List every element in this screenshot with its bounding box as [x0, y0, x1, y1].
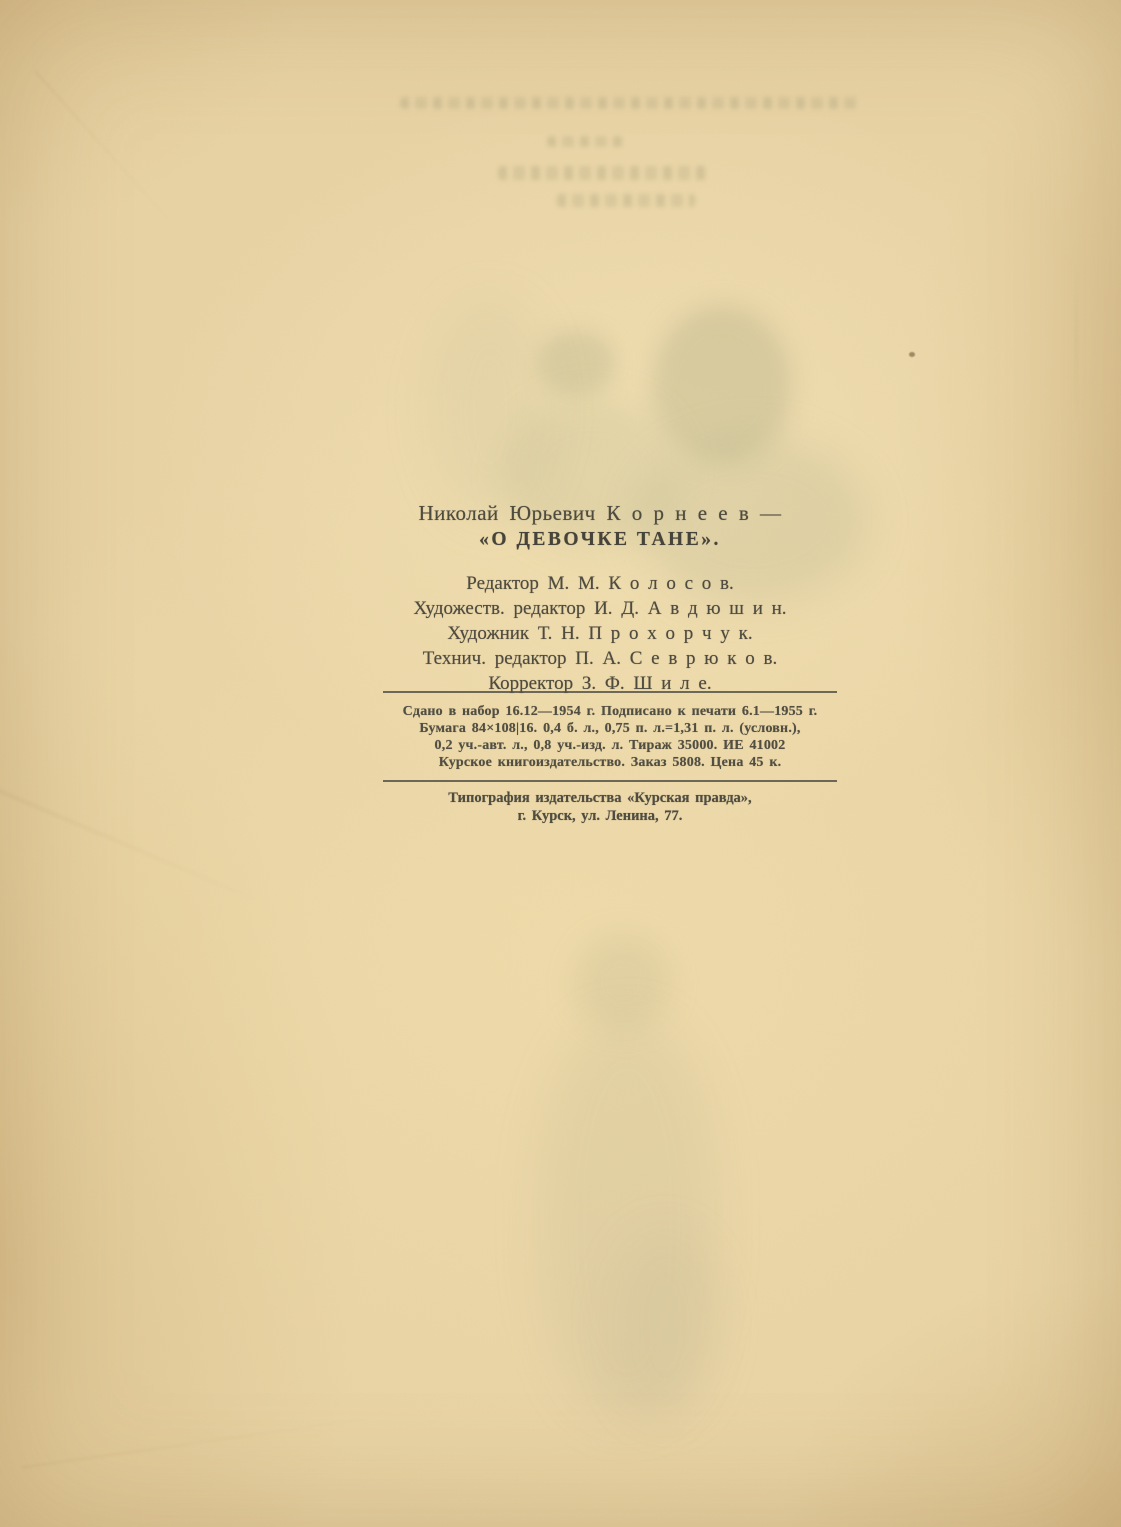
- paper-crease: [0, 787, 269, 907]
- imprint-line-sheets: 0,2 уч.-авт. л., 0,8 уч.-изд. л. Тираж 3…: [383, 737, 837, 754]
- ghost-illustration-blob: [538, 330, 616, 396]
- imprint-line-paper: Бумага 84×108|16. 0,4 б. л., 0,75 п. л.=…: [383, 720, 837, 737]
- ink-speck: [909, 352, 915, 357]
- ghost-text-line: [498, 166, 708, 180]
- credit-line-editor: Редактор М. М. К о л о с о в.: [340, 571, 860, 596]
- ghost-illustration-blob: [652, 305, 792, 465]
- author-line: Николай Юрьевич К о р н е е в —: [340, 501, 860, 526]
- ghost-text-line: [547, 136, 623, 147]
- credit-line-art-editor: Художеств. редактор И. Д. А в д ю ш и н.: [340, 596, 860, 621]
- printer-line-name: Типография издательства «Курская правда»…: [340, 790, 860, 808]
- imprint-line-dates: Сдано в набор 16.12—1954 г. Подписано к …: [383, 703, 837, 720]
- ghost-figure-blob: [540, 1020, 715, 1420]
- scanned-book-page: Николай Юрьевич К о р н е е в — «О ДЕВОЧ…: [0, 0, 1121, 1527]
- imprint-block: Сдано в набор 16.12—1954 г. Подписано к …: [383, 691, 837, 782]
- printer-block: Типография издательства «Курская правда»…: [340, 790, 860, 825]
- credit-line-artist: Художник Т. Н. П р о х о р ч у к.: [340, 621, 860, 646]
- printer-line-address: г. Курск, ул. Ленина, 77.: [340, 808, 860, 826]
- imprint-line-publisher: Курское книгоиздательство. Заказ 5808. Ц…: [383, 754, 837, 771]
- credit-line-tech-editor: Технич. редактор П. А. С е в р ю к о в.: [340, 646, 860, 671]
- ghost-text-line: [400, 97, 860, 109]
- ghost-illustration-blob: [430, 300, 550, 520]
- ghost-text-line: [557, 194, 695, 207]
- paper-crease: [22, 1414, 399, 1469]
- book-title: «О ДЕВОЧКЕ ТАНЕ».: [340, 529, 860, 551]
- paper-crease: [34, 70, 183, 235]
- ghost-figure-blob: [610, 1230, 720, 1420]
- credits-block: Редактор М. М. К о л о с о в. Художеств.…: [340, 571, 860, 696]
- paper-crease: [1075, 255, 1077, 425]
- ghost-figure-blob: [575, 935, 670, 1030]
